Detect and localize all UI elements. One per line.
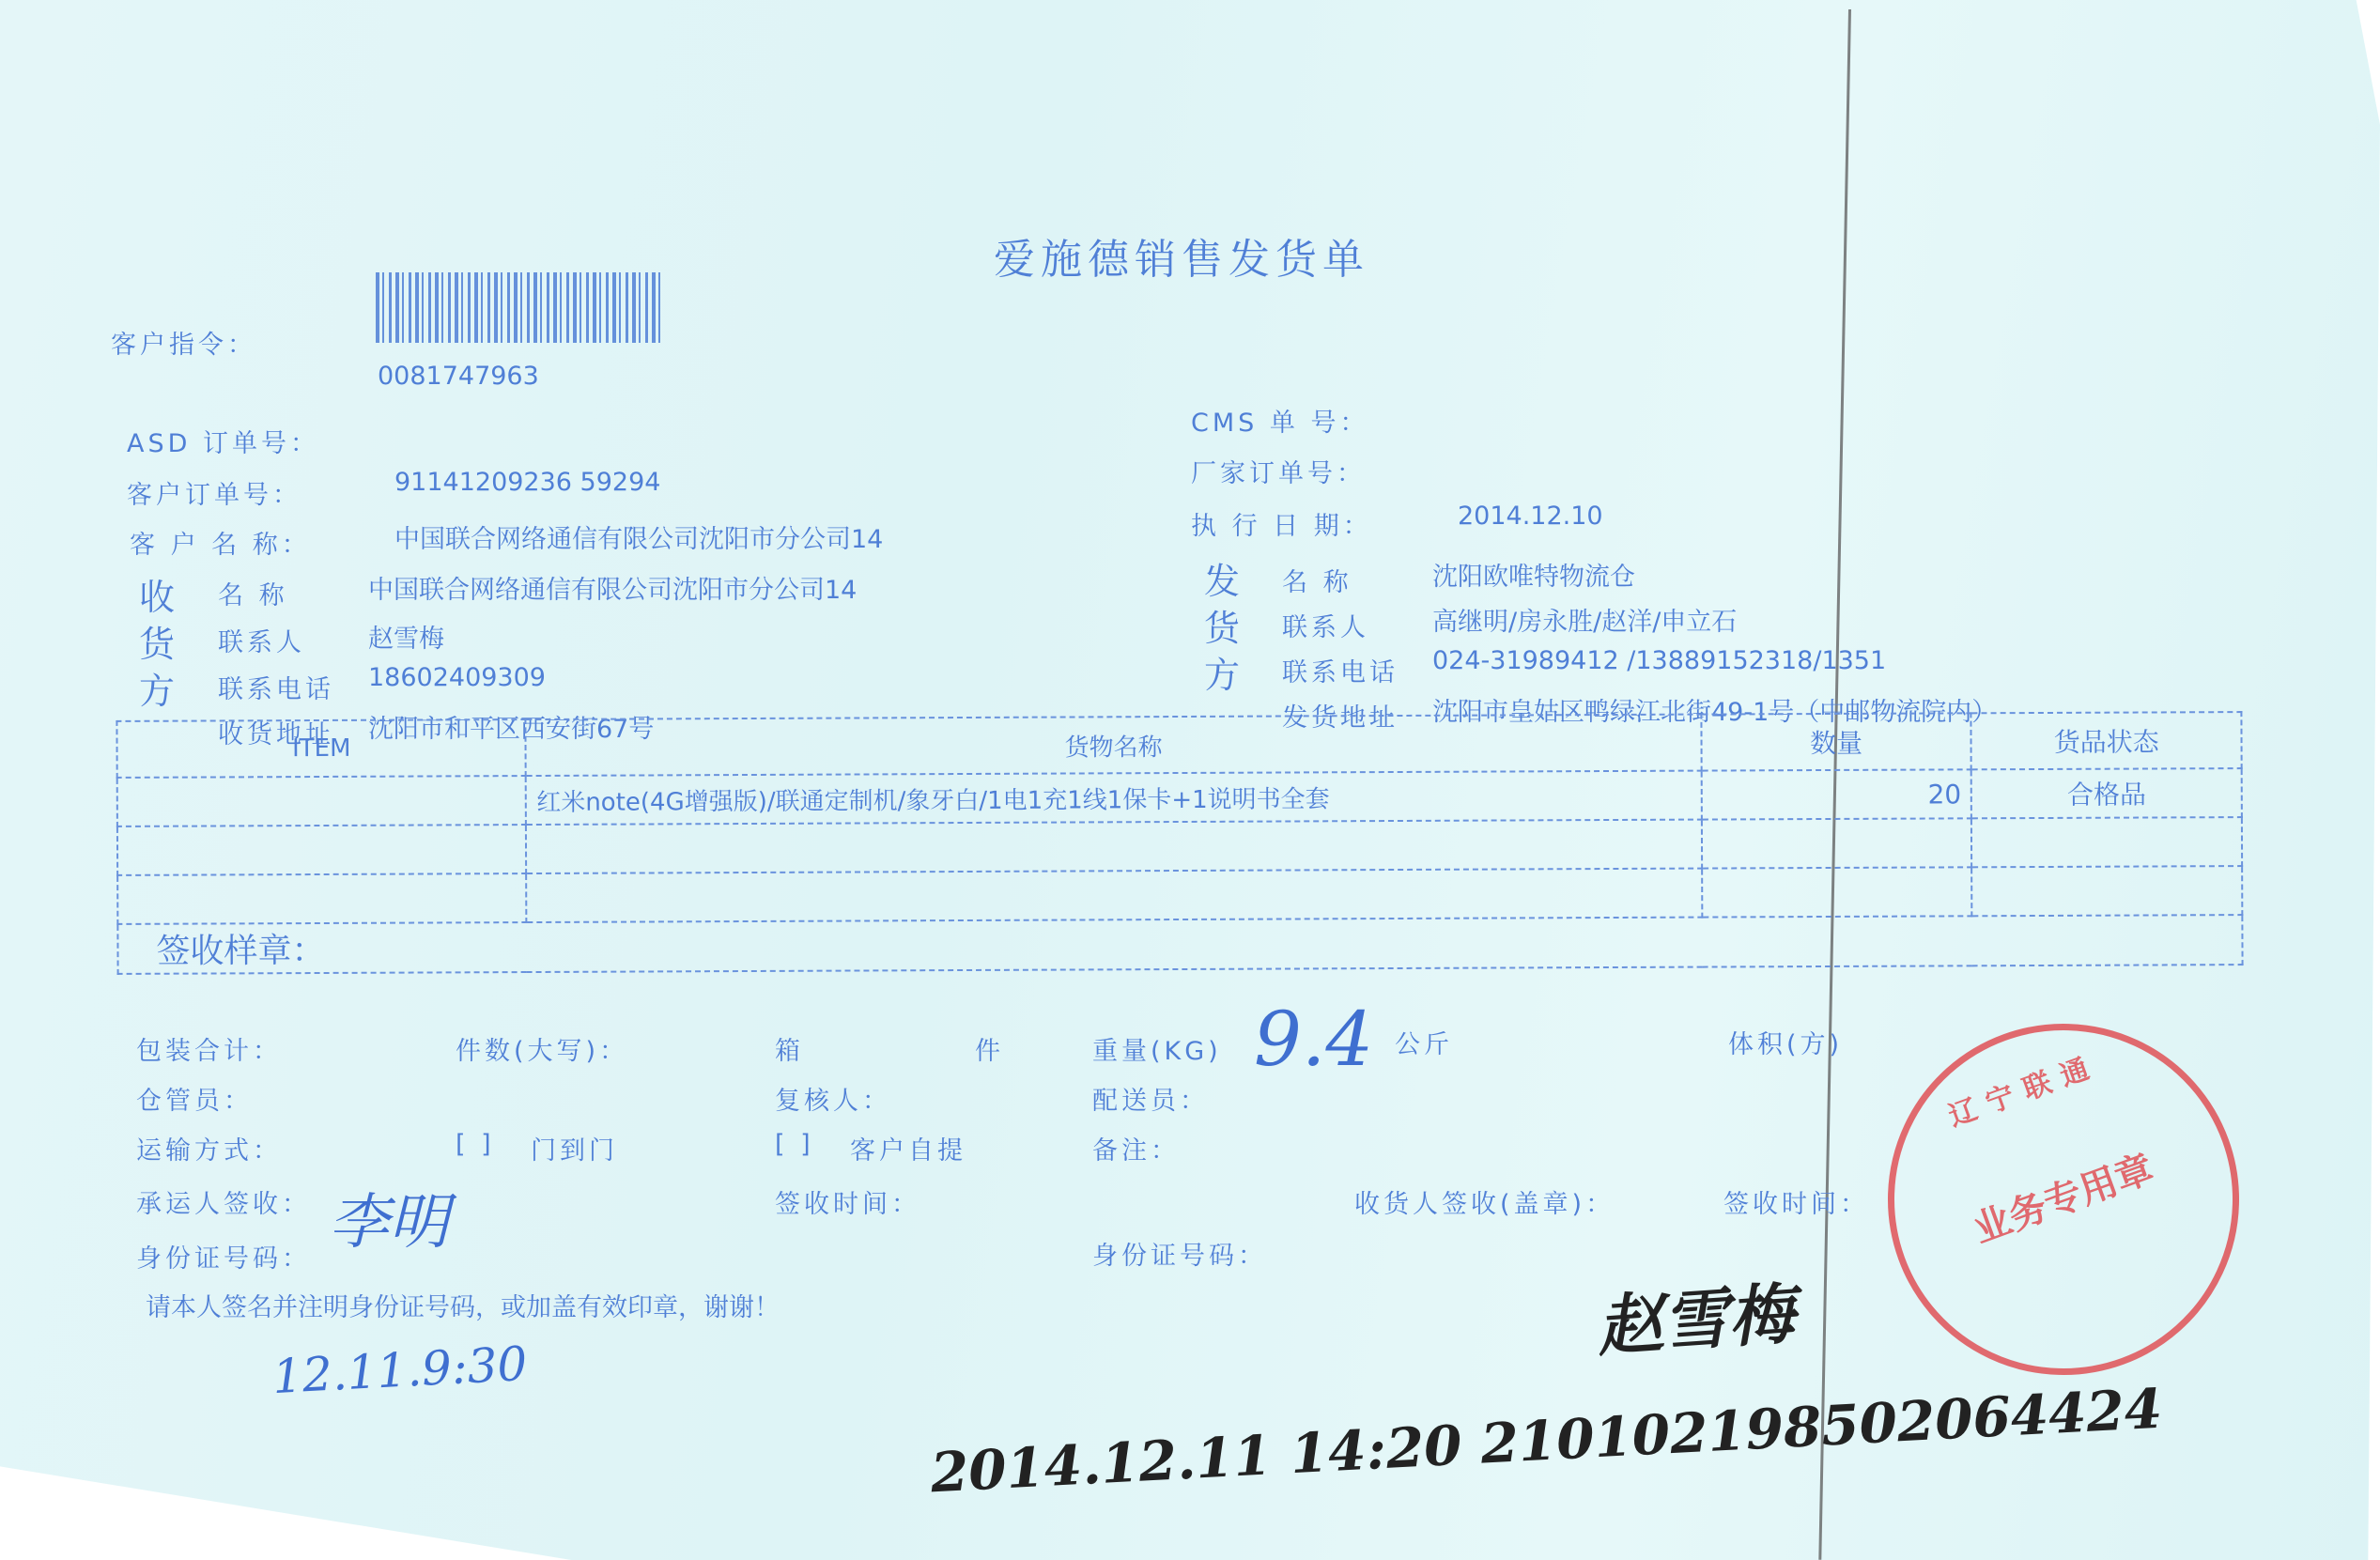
shipper-side-char-1: 发: [1204, 552, 1240, 604]
exec-date-value: 2014.12.10: [1458, 502, 1603, 531]
customer-order-value: 91141209236 59294: [394, 468, 660, 497]
weight-label: 重量(KG): [1092, 1030, 1222, 1067]
stamp-top-text: 辽宁联通: [1944, 1049, 2104, 1135]
self-pickup-checkbox[interactable]: [ ]: [775, 1130, 814, 1159]
shipper-name-value: 沈阳欧唯特物流仓: [1432, 556, 1635, 593]
row-item: [117, 825, 527, 875]
receiver-phone-value: 18602409309: [368, 663, 546, 692]
receiver-side-char-1: 收: [139, 568, 175, 620]
row-goods-status: 合格品: [1971, 768, 2242, 818]
row-quantity: [1702, 867, 1972, 917]
carrier-sign-label: 承运人签收：: [136, 1183, 311, 1220]
shipper-name-label: 名 称: [1282, 562, 1352, 598]
customer-name-label: 客 户 名 称：: [130, 524, 311, 561]
shipper-side-char-3: 方: [1204, 646, 1240, 698]
row-quantity: [1702, 818, 1972, 868]
deliverer-label: 配送员：: [1092, 1080, 1209, 1117]
receiver-sign-label: 收货人签收(盖章)：: [1354, 1183, 1615, 1220]
receiver-side-char-2: 货: [139, 615, 175, 667]
barcode-number: 0081747963: [378, 362, 539, 391]
reviewer-label: 复核人：: [775, 1080, 891, 1117]
weight-unit: 公斤: [1395, 1024, 1453, 1060]
remark-label: 备注：: [1092, 1130, 1180, 1166]
weight-value: 9.4: [1254, 996, 1373, 1083]
row-quantity: 20: [1701, 769, 1971, 819]
sign-sample-row: 签收样章：: [117, 915, 2242, 974]
id-number-label-right: 身份证号码：: [1092, 1235, 1267, 1272]
receiver-contact-value: 赵雪梅: [368, 618, 444, 655]
row-goods-name: [526, 820, 1701, 873]
shipper-phone-label: 联系电话: [1282, 652, 1399, 688]
shipper-side-char-2: 货: [1204, 599, 1240, 651]
box-label: 箱: [775, 1030, 804, 1067]
pieces-label: 件数(大写)：: [456, 1030, 628, 1067]
header-goods-status: 货品状态: [1971, 712, 2242, 769]
customer-name-value: 中国联合网络通信有限公司沈阳市分公司14: [394, 518, 883, 555]
customer-instruction-label: 客户指令：: [111, 324, 256, 361]
customer-order-label: 客户订单号：: [127, 474, 301, 511]
door-to-door-checkbox[interactable]: [ ]: [456, 1130, 495, 1159]
id-number-label-left: 身份证号码：: [136, 1238, 311, 1274]
piece-label: 件: [975, 1030, 1004, 1067]
row-goods-name: [527, 869, 1702, 922]
warehouse-keeper-label: 仓管员：: [136, 1080, 253, 1117]
row-goods-status: [1972, 866, 2243, 916]
receiver-sign-time-label: 签收时间：: [1723, 1183, 1869, 1220]
shipper-contact-label: 联系人: [1282, 607, 1369, 643]
door-to-door-label: 门到门: [531, 1130, 618, 1166]
signature-notice: 请本人签名并注明身份证号码，或加盖有效印章，谢谢！: [146, 1287, 780, 1323]
receiver-name-label: 名 称: [218, 575, 288, 611]
self-pickup-label: 客户自提: [850, 1130, 966, 1166]
document-title: 爱施德销售发货单: [994, 225, 1369, 286]
row-item: [117, 776, 527, 826]
row-goods-name: 红米note(4G增强版)/联通定制机/象牙白/1电1充1线1保卡+1说明书全套: [526, 771, 1701, 825]
row-goods-status: [1971, 817, 2242, 867]
factory-order-label: 厂家订单号：: [1191, 453, 1366, 489]
goods-table: ITEM 货物名称 数量 货品状态 红米note(4G增强版)/联通定制机/象牙…: [116, 711, 2243, 975]
package-total-label: 包装合计：: [136, 1030, 282, 1067]
shipper-contact-value: 高继明/房永胜/赵洋/申立石: [1432, 601, 1737, 638]
header-item: ITEM: [116, 719, 526, 778]
receiver-signature: 赵雪梅: [1594, 1261, 1798, 1369]
transport-method-label: 运输方式：: [136, 1130, 282, 1166]
stamp-center-text: 业务专用章: [1968, 1146, 2159, 1253]
carrier-signature: 李明: [329, 1174, 449, 1260]
volume-label: 体积(方): [1728, 1024, 1843, 1060]
carrier-sign-time-label: 签收时间：: [775, 1183, 920, 1220]
receiver-contact-label: 联系人: [218, 622, 305, 658]
receiver-phone-label: 联系电话: [218, 669, 334, 705]
shipper-phone-value: 024-31989412 /13889152318/1351: [1432, 646, 1886, 675]
cms-label: CMS 单 号：: [1191, 402, 1368, 439]
exec-date-label: 执 行 日 期：: [1191, 505, 1372, 542]
receiver-side-char-3: 方: [139, 662, 175, 714]
receiver-name-value: 中国联合网络通信有限公司沈阳市分公司14: [368, 569, 857, 606]
asd-order-label: ASD 订单号：: [127, 423, 319, 459]
barcode: [376, 272, 662, 343]
goods-table-header: ITEM 货物名称 数量 货品状态: [116, 712, 2241, 778]
header-goods-name: 货物名称: [526, 715, 1701, 776]
header-quantity: 数量: [1701, 713, 1971, 770]
sign-sample-label: 签收样章：: [117, 915, 2242, 974]
row-item: [117, 873, 527, 924]
